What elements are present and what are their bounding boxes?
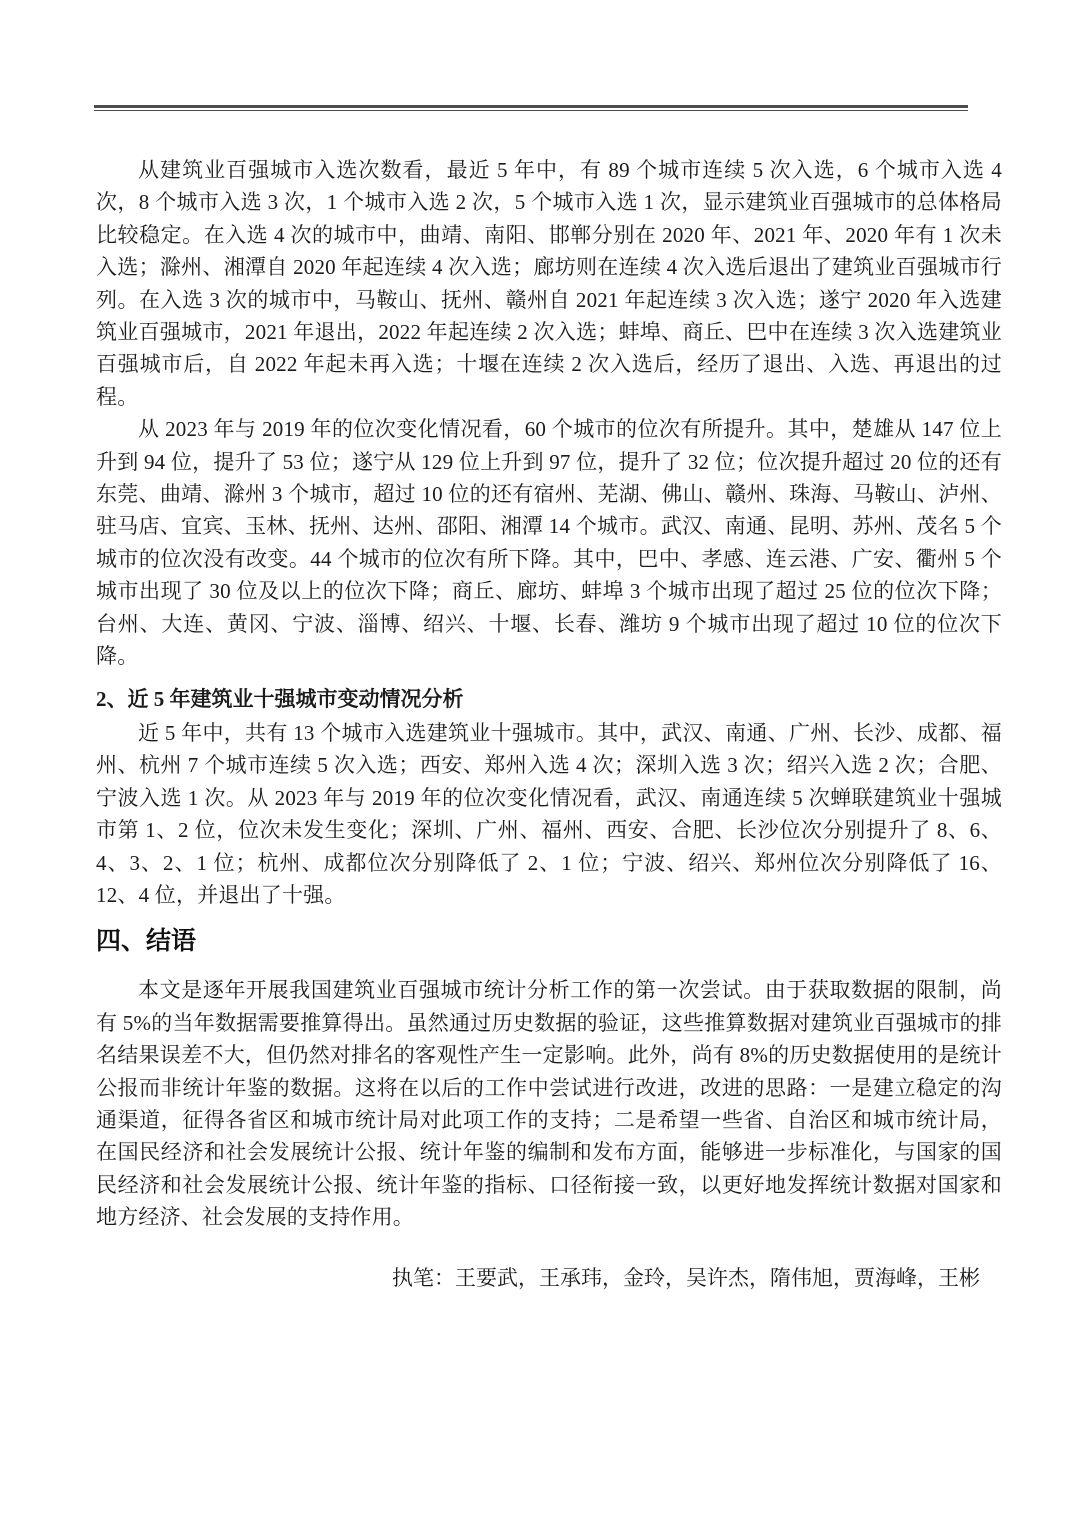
header-rule-thick-line xyxy=(94,105,968,108)
paragraph-top10-details: 近 5 年中，共有 13 个城市入选建筑业十强城市。其中，武汉、南通、广州、长沙… xyxy=(96,717,1002,911)
document-body: 从建筑业百强城市入选次数看，最近 5 年中，有 89 个城市连续 5 次入选，6… xyxy=(96,111,1002,1294)
paragraph-inclusion-counts: 从建筑业百强城市入选次数看，最近 5 年中，有 89 个城市连续 5 次入选，6… xyxy=(96,154,1002,413)
document-page: 从建筑业百强城市入选次数看，最近 5 年中，有 89 个城市连续 5 次入选，6… xyxy=(0,0,1080,1526)
heading-conclusion: 四、结语 xyxy=(96,924,1002,958)
subheading-top10-analysis: 2、近 5 年建筑业十强城市变动情况分析 xyxy=(96,683,1002,715)
authors-line: 执笔：王要武，王承玮，金玲，吴许杰，隋伟旭，贾海峰，王彬 xyxy=(96,1262,1002,1294)
paragraph-conclusion: 本文是逐年开展我国建筑业百强城市统计分析工作的第一次尝试。由于获取数据的限制，尚… xyxy=(96,974,1002,1233)
paragraph-rank-changes: 从 2023 年与 2019 年的位次变化情况看，60 个城市的位次有所提升。其… xyxy=(96,413,1002,672)
